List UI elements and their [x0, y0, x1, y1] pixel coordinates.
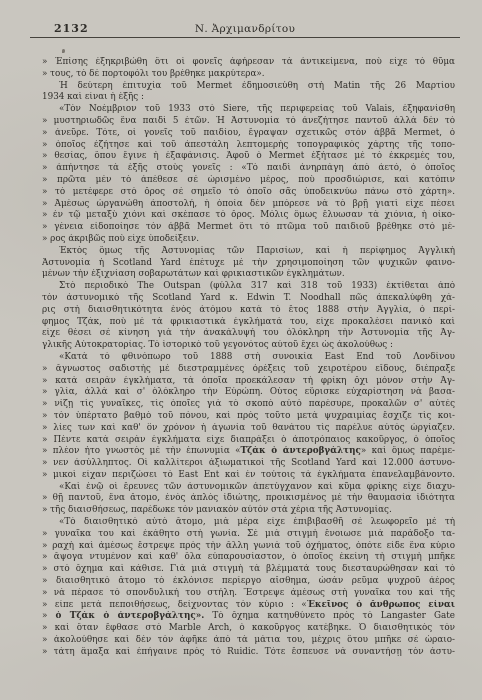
- text-segment: » τὸ μετέφερε στὸ ὄρος σὲ σημεῖο τὸ ὁποῖ…: [42, 187, 455, 197]
- text-segment: » τους, τὸ δὲ πορτοφόλι του βρέθηκε μακρ…: [42, 69, 265, 79]
- text-segment: »: [42, 611, 56, 621]
- text-segment: ρις στὴ διαισθητικότητα ἑνὸς ἀτόμου κατὰ…: [42, 305, 455, 315]
- text-segment: Τὸ ὄχημα κατηυθύνετο πρὸς τὸ Langaster G…: [204, 611, 455, 621]
- text-segment: μένων τὴν ἐξιχνίαση σοβαρωτάτων καὶ φρικ…: [42, 269, 345, 279]
- text-line: » γυναῖκα του καὶ ἐκάθητο στὴ γωνία. Σὲ …: [42, 529, 455, 541]
- text-segment: » εἶπε μετὰ πεποιθήσεως, δείχνοντας τὸν …: [42, 600, 307, 610]
- text-segment: » ἐν τῷ μεταξὺ χιόνι καὶ σκέπασε τὸ ὄρος…: [42, 210, 455, 220]
- text-line: » τάτη ἅμαξα καὶ ἐπήγαινε πρὸς τὸ Ruidic…: [42, 647, 455, 659]
- text-line: ρις στὴ διαισθητικότητα ἑνὸς ἀτόμου κατὰ…: [42, 305, 455, 317]
- text-segment: «Τὸν Νοέμβριον τοῦ 1933 στὸ Siere, τῆς π…: [59, 104, 455, 114]
- text-line: μένων τὴν ἐξιχνίαση σοβαρωτάτων καὶ φρικ…: [42, 269, 455, 281]
- text-segment: «Κατὰ τὸ φθινόπωρο τοῦ 1888 στὴ συνοικία…: [59, 352, 455, 362]
- text-segment: «Τὸ διαισθητικὸ αὐτὸ ἄτομο, μιὰ μέρα εἶχ…: [59, 517, 455, 527]
- text-line: 1934 καὶ εἶναι ἡ ἑξῆς :: [42, 92, 455, 104]
- text-segment: Ἀστυνομία ἡ Scotland Yard ἐπέτυχε μὲ τὴν…: [42, 258, 455, 268]
- text-segment: εἶχε θέσει σὲ κίνηση γιὰ τὴν ἀνακάλυψή τ…: [42, 328, 455, 338]
- text-segment: Ἐκτὸς ὅμως τῆς Ἀστυνομίας τῶν Παρισίων, …: [59, 246, 455, 256]
- text-line: εἶχε θέσει σὲ κίνηση γιὰ τὴν ἀνακάλυψή τ…: [42, 328, 455, 340]
- text-segment: 1934 καὶ εἶναι ἡ ἑξῆς :: [42, 92, 144, 102]
- text-segment: » Ἀμέσως ὠργανώθη ἀποστολή, ἡ ὁποία δὲν …: [42, 199, 455, 209]
- text-line: » θῇ παντοῦ, ἕνα ἄτομο, ἑνὸς ἁπλὸς ἰδιώτ…: [42, 493, 455, 505]
- text-line: » ὁποῖος ἐζήτησε καὶ τοῦ ἀπεστάλη λεπτομ…: [42, 140, 455, 152]
- text-line: τὸν ἀστυνομικὸ τῆς Scotland Yard κ. Edwi…: [42, 293, 455, 305]
- text-line: Ἀστυνομία ἡ Scotland Yard ἐπέτυχε μὲ τὴν…: [42, 258, 455, 270]
- text-line: γλικῆς Αὐτοκρατορίας. Τὸ ἱστορικὸ τοῦ γε…: [42, 340, 455, 352]
- text-line: » τὸ μετέφερε στὸ ὄρος σὲ σημεῖο τὸ ὁποῖ…: [42, 187, 455, 199]
- text-line: » θεσίας, ὅπου ἔγινε ἡ ἐξαφάνισις. Ἀφοῦ …: [42, 151, 455, 163]
- text-line: » νίζῃ τὶς γυναῖκες, τὶς ὁποῖες γιὰ τὸ σ…: [42, 399, 455, 411]
- text-segment: » ἀκολούθησε καὶ δὲν τὸν ἀφῆκε ἀπὸ τὰ μά…: [42, 635, 455, 645]
- text-segment: φημος Τζάκ, ποὺ μὲ τὰ φρικιαστικὰ ἐγκλήμ…: [42, 317, 455, 327]
- text-line: Στὸ περιοδικὸ The Outspan (φύλλα 317 καὶ…: [42, 281, 455, 293]
- text-line: » πρῶτα μὲν τὸ ἀπέθεσε σὲ ὡρισμένο μέρος…: [42, 175, 455, 187]
- running-title: Ν. Ἀρχιμανδρίτου: [30, 20, 460, 35]
- text-segment: » μυστηριωδῶς ἕνα παιδὶ 5 ἐτῶν. Ἡ Ἀστυνο…: [42, 116, 455, 126]
- text-line: » Πέντε κατὰ σειρὰν ἐγκλήματα εἶχε διαπρ…: [42, 435, 455, 447]
- text-line: » τους, τὸ δὲ πορτοφόλι του βρέθηκε μακρ…: [42, 69, 455, 81]
- text-segment: » νίζῃ τὶς γυναῖκες, τὶς ὁποῖες γιὰ τὸ σ…: [42, 399, 455, 409]
- page-header: 2132 Ν. Ἀρχιμανδρίτου: [30, 20, 460, 38]
- bold-text-segment: Ἐκεῖνος ὁ ἄνθρωπος εἶναι: [307, 600, 455, 610]
- text-line: Ἡ δεύτερη ἐπιτυχία τοῦ Mermet ἐδημοσιεύθ…: [42, 81, 455, 93]
- text-segment: » ἀνεῦρε. Τότε, οἱ γονεῖς τοῦ παιδίου, ἔ…: [42, 128, 455, 138]
- text-segment: » νεν ἀσύλληπτος. Οἱ καλλίτεροι ἀξιωματι…: [42, 458, 455, 468]
- text-line: » τὸν ὑπέρτατο βαθμὸ τοῦ πόνου, καὶ πρὸς…: [42, 411, 455, 423]
- text-line: » ἀπήντησε τὰ ἑξῆς στοὺς γονεῖς : «Τὸ πα…: [42, 163, 455, 175]
- text-segment: » τῆς διαισθήσεως, παρέδωκε τὸν μανιακὸν…: [42, 505, 392, 515]
- text-line: » στὸ ὄχημα καὶ κάθισε. Γιὰ μιὰ στιγμὴ τ…: [42, 564, 455, 576]
- text-segment: » ὁποῖος ἐζήτησε καὶ τοῦ ἀπεστάλη λεπτομ…: [42, 140, 455, 150]
- text-segment: » τὸν ὑπέρτατο βαθμὸ τοῦ πόνου, καὶ πρὸς…: [42, 411, 455, 421]
- text-segment: » ἄγνωστος σαδιστὴς μὲ διεστραμμένες ὀρέ…: [42, 364, 455, 374]
- text-segment: » ραχὴ καὶ ἀμέσως ἔστρεψε πρὸς τὴν ἄλλη …: [42, 541, 455, 551]
- text-segment: » τάτη ἅμαξα καὶ ἐπήγαινε πρὸς τὸ Ruidic…: [42, 647, 455, 657]
- page-body: » Ἐπίσης ἐξηκριβώθη ὅτι οἱ φονεῖς ἀφήρεσ…: [42, 57, 455, 659]
- bold-text-segment: ὁ Τζὰκ ὁ ἀντεροβγάλτης».: [56, 611, 205, 621]
- text-segment: » διαισθητικὸ ἄτομο τὸ ἐκλόνισε περίεργο…: [42, 576, 455, 586]
- text-segment: » ρος ἀκριβῶς ποὺ εἶχε ὑποδείξειν.: [42, 234, 199, 244]
- text-segment: γλικῆς Αὐτοκρατορίας. Τὸ ἱστορικὸ τοῦ γε…: [42, 340, 393, 350]
- text-segment: » λίες των καὶ καθ' ὃν χρόνον ἡ ἀγωνία τ…: [42, 423, 455, 433]
- text-line: » νεν ἀσύλληπτος. Οἱ καλλίτεροι ἀξιωματι…: [42, 458, 455, 470]
- text-segment: «Καὶ ἐνῷ οἱ ἔρευνες τῶν ἀστυνομικῶν ἀπετ…: [59, 482, 455, 492]
- text-line: » ρος ἀκριβῶς ποὺ εἶχε ὑποδείξειν.: [42, 234, 455, 246]
- print-artifact: [62, 49, 65, 53]
- text-line: » διαισθητικὸ ἄτομο τὸ ἐκλόνισε περίεργο…: [42, 576, 455, 588]
- text-line: » πλέον ἦτο γνωστὸς μὲ τὴν ἐπωνυμία «Τζὰ…: [42, 446, 455, 458]
- text-segment: » ἄψογα ντυμένον καὶ καθ' ὅλα εὐπαρουσία…: [42, 552, 455, 562]
- text-segment: » Πέντε κατὰ σειρὰν ἐγκλήματα εἶχε διαπρ…: [42, 435, 455, 445]
- text-segment: » καὶ ὅταν ἔφθασε στὸ Marble Arch, ὁ κακ…: [42, 623, 455, 633]
- text-segment: Ἡ δεύτερη ἐπιτυχία τοῦ Mermet ἐδημοσιεύθ…: [59, 81, 455, 91]
- text-line: » τῆς διαισθήσεως, παρέδωκε τὸν μανιακὸν…: [42, 505, 455, 517]
- text-line: » μυστηριωδῶς ἕνα παιδὶ 5 ἐτῶν. Ἡ Ἀστυνο…: [42, 116, 455, 128]
- text-segment: » γυναῖκα του καὶ ἐκάθητο στὴ γωνία. Σὲ …: [42, 529, 455, 539]
- text-line: «Καὶ ἐνῷ οἱ ἔρευνες τῶν ἀστυνομικῶν ἀπετ…: [42, 482, 455, 494]
- text-line: » ἐν τῷ μεταξὺ χιόνι καὶ σκέπασε τὸ ὄρος…: [42, 210, 455, 222]
- text-line: » γένεια εἰδοποίησε τὸν ἀββᾶ Mermet ὅτι …: [42, 222, 455, 234]
- text-segment: Στὸ περιοδικὸ The Outspan (φύλλα 317 καὶ…: [59, 281, 455, 291]
- text-line: » λίες των καὶ καθ' ὃν χρόνον ἡ ἀγωνία τ…: [42, 423, 455, 435]
- text-segment: » ἀπήντησε τὰ ἑξῆς στοὺς γονεῖς : «Τὸ πα…: [42, 163, 455, 173]
- text-line: «Τὸ διαισθητικὸ αὐτὸ ἄτομο, μιὰ μέρα εἶχ…: [42, 517, 455, 529]
- text-line: φημος Τζάκ, ποὺ μὲ τὰ φρικιαστικὰ ἐγκλήμ…: [42, 317, 455, 329]
- text-segment: » γένεια εἰδοποίησε τὸν ἀββᾶ Mermet ὅτι …: [42, 222, 455, 232]
- text-segment: » κατὰ σειρὰν ἐγκλήματα, τὰ ὁποῖα προεκά…: [42, 376, 455, 386]
- text-line: » ἄγνωστος σαδιστὴς μὲ διεστραμμένες ὀρέ…: [42, 364, 455, 376]
- text-segment: » μικοὶ εἶχαν περιζώσει τὸ East Ent καὶ …: [42, 470, 455, 480]
- text-segment: » θῇ παντοῦ, ἕνα ἄτομο, ἑνὸς ἁπλὸς ἰδιώτ…: [42, 493, 455, 503]
- page-number: 2132: [54, 22, 89, 35]
- text-line: » εἶπε μετὰ πεποιθήσεως, δείχνοντας τὸν …: [42, 600, 455, 612]
- text-line: » Ἀμέσως ὠργανώθη ἀποστολή, ἡ ὁποία δὲν …: [42, 199, 455, 211]
- text-line: «Κατὰ τὸ φθινόπωρο τοῦ 1888 στὴ συνοικία…: [42, 352, 455, 364]
- text-line: » ραχὴ καὶ ἀμέσως ἔστρεψε πρὸς τὴν ἄλλη …: [42, 541, 455, 553]
- text-segment: » καὶ ὅμως παρέμε-: [361, 446, 455, 456]
- text-line: » Ἐπίσης ἐξηκριβώθη ὅτι οἱ φονεῖς ἀφήρεσ…: [42, 57, 455, 69]
- book-page: 2132 Ν. Ἀρχιμανδρίτου » Ἐπίσης ἐξηκριβώθ…: [0, 0, 482, 700]
- text-segment: τὸν ἀστυνομικὸ τῆς Scotland Yard κ. Edwi…: [42, 293, 455, 303]
- text-line: » ὁ Τζὰκ ὁ ἀντεροβγάλτης». Τὸ ὄχημα κατη…: [42, 611, 455, 623]
- text-line: » ἄψογα ντυμένον καὶ καθ' ὅλα εὐπαρουσία…: [42, 552, 455, 564]
- text-segment: » Ἐπίσης ἐξηκριβώθη ὅτι οἱ φονεῖς ἀφήρεσ…: [42, 57, 455, 67]
- text-segment: » πρῶτα μὲν τὸ ἀπέθεσε σὲ ὡρισμένο μέρος…: [42, 175, 455, 185]
- text-segment: » γλία, ἀλλὰ καὶ σ' ὁλόκληρο τὴν Εὐρώπη.…: [42, 387, 455, 397]
- text-segment: » θεσίας, ὅπου ἔγινε ἡ ἐξαφάνισις. Ἀφοῦ …: [42, 151, 455, 161]
- text-line: » καὶ ὅταν ἔφθασε στὸ Marble Arch, ὁ κακ…: [42, 623, 455, 635]
- text-line: «Τὸν Νοέμβριον τοῦ 1933 στὸ Siere, τῆς π…: [42, 104, 455, 116]
- text-segment: » στὸ ὄχημα καὶ κάθισε. Γιὰ μιὰ στιγμὴ τ…: [42, 564, 455, 574]
- bold-text-segment: Τζὰκ ὁ ἀντεροβγάλτης: [241, 446, 361, 456]
- text-line: » γλία, ἀλλὰ καὶ σ' ὁλόκληρο τὴν Εὐρώπη.…: [42, 387, 455, 399]
- text-line: » ἀνεῦρε. Τότε, οἱ γονεῖς τοῦ παιδίου, ἔ…: [42, 128, 455, 140]
- text-line: » νὰ πέρασε τὸ σπονδυλική του στήλη. Ἔστ…: [42, 588, 455, 600]
- text-line: » ἀκολούθησε καὶ δὲν τὸν ἀφῆκε ἀπὸ τὰ μά…: [42, 635, 455, 647]
- text-line: Ἐκτὸς ὅμως τῆς Ἀστυνομίας τῶν Παρισίων, …: [42, 246, 455, 258]
- text-segment: » νὰ πέρασε τὸ σπονδυλική του στήλη. Ἔστ…: [42, 588, 455, 598]
- text-line: » μικοὶ εἶχαν περιζώσει τὸ East Ent καὶ …: [42, 470, 455, 482]
- text-segment: » πλέον ἦτο γνωστὸς μὲ τὴν ἐπωνυμία «: [42, 446, 241, 456]
- text-line: » κατὰ σειρὰν ἐγκλήματα, τὰ ὁποῖα προεκά…: [42, 376, 455, 388]
